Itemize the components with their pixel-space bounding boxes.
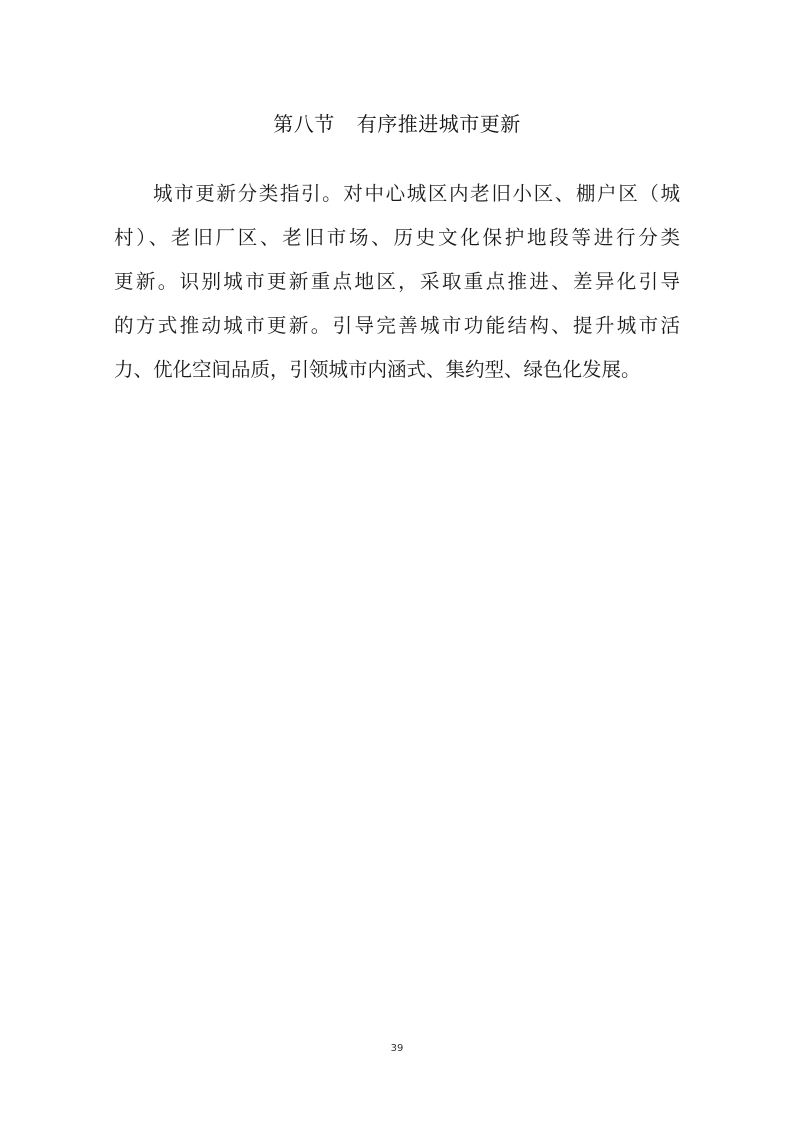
paragraph-line: 更新。识别城市更新重点地区，采取重点推进、差异化引导 [114, 260, 680, 304]
page-number: 39 [0, 1043, 794, 1054]
paragraph-line: 城市更新分类指引。对中心城区内老旧小区、棚户区（城 [114, 172, 680, 216]
section-title: 有序推进城市更新 [357, 112, 521, 136]
section-number: 第八节 [273, 112, 335, 136]
document-page: 第八节有序推进城市更新 城市更新分类指引。对中心城区内老旧小区、棚户区（城 村）… [0, 0, 794, 1122]
paragraph-line: 的方式推动城市更新。引导完善城市功能结构、提升城市活 [114, 304, 680, 348]
section-heading: 第八节有序推进城市更新 [0, 108, 794, 137]
paragraph-line: 力、优化空间品质，引领城市内涵式、集约型、绿色化发展。 [114, 348, 680, 392]
paragraph-line: 村）、老旧厂区、老旧市场、历史文化保护地段等进行分类 [114, 216, 680, 260]
body-paragraph: 城市更新分类指引。对中心城区内老旧小区、棚户区（城 村）、老旧厂区、老旧市场、历… [114, 172, 680, 392]
